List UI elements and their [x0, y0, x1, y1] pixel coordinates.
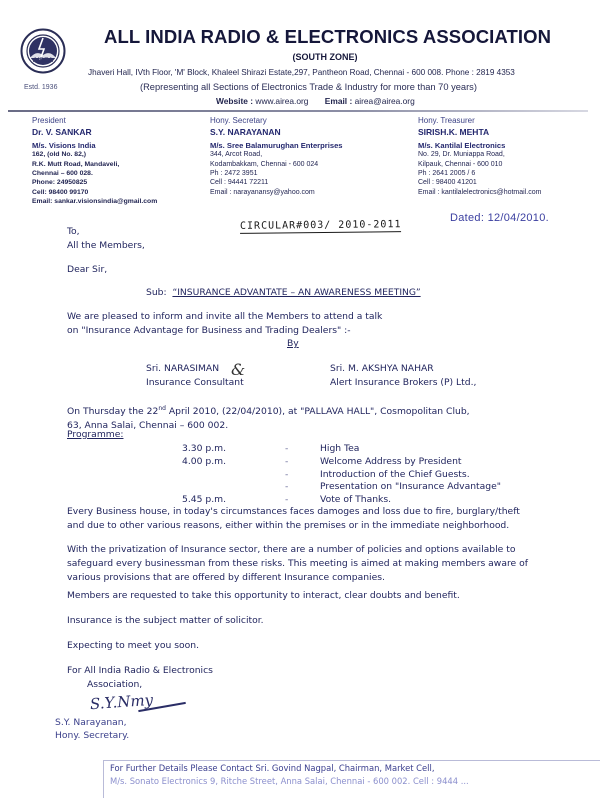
bearer-address-line: Kilpauk, Chennai - 600 010 [418, 160, 541, 169]
bearer-firm: M/s. Visions India [32, 141, 157, 150]
bearer-phone: Ph : 2641 2005 / 6 [418, 169, 541, 178]
subject-line: Sub: “INSURANCE ADVANTATE – AN AWARENESS… [146, 287, 421, 298]
recipient-to: To, [67, 225, 145, 239]
contact-line: Website : www.airea.org Email : airea@ai… [216, 96, 415, 106]
venue-line: On Thursday the 22nd April 2010, (22/04/… [67, 402, 470, 419]
speaker-title: Alert Insurance Brokers (P) Ltd., [330, 376, 476, 390]
paragraph-line: various provisions that are offered by d… [67, 571, 528, 585]
paragraph-line: safeguard every businessman from these r… [67, 557, 528, 571]
privatization-paragraph: With the privatization of Insurance sect… [67, 543, 528, 585]
programme-item: Introduction of the Chief Guests. [320, 469, 470, 480]
intro-paragraph: We are pleased to inform and invite all … [67, 310, 382, 338]
bearer-phone: Phone: 24950825 [32, 178, 157, 187]
closing-line: Expecting to meet you soon. [67, 640, 199, 651]
bearer-email[interactable]: Email: sankar.visionsindia@gmail.com [32, 197, 157, 206]
bearer-secretary: Hony. Secretary S.Y. NARAYANAN M/s. Sree… [210, 116, 343, 197]
programme-time: 3.30 p.m. [182, 443, 226, 454]
bearer-role: President [32, 116, 157, 125]
bearer-name: Dr. V. SANKAR [32, 128, 157, 137]
request-paragraph: Members are requested to take this oppor… [67, 590, 460, 601]
bearer-role: Hony. Treasurer [418, 116, 541, 125]
signatory: S.Y. Narayanan, Hony. Secretary. [55, 716, 129, 742]
programme-dash: - [285, 494, 288, 505]
bearer-address-line: Chennai – 600 028. [32, 169, 157, 178]
association-seal-icon: AIREA [20, 28, 66, 74]
venue-date-suffix: nd [158, 405, 166, 412]
bearer-cell: Cell : 94441 72211 [210, 178, 343, 187]
established-year: Estd. 1936 [24, 84, 57, 91]
organization-title: ALL INDIA RADIO & ELECTRONICS ASSOCIATIO… [104, 26, 551, 48]
speaker-name: Sri. NARASIMAN [146, 362, 244, 376]
intro-line: We are pleased to inform and invite all … [67, 310, 382, 324]
bearer-email[interactable]: Email : narayanansy@yahoo.com [210, 188, 343, 197]
by-label: By [287, 338, 299, 349]
bearer-treasurer: Hony. Treasurer SIRISH.K. MEHTA M/s. Kan… [418, 116, 541, 197]
paragraph-line: Every Business house, in today's circums… [67, 505, 520, 519]
programme-item: Presentation on "Insurance Advantage" [320, 481, 501, 492]
sign-off-line: For All India Radio & Electronics [67, 664, 213, 678]
venue-paragraph: On Thursday the 22nd April 2010, (22/04/… [67, 402, 470, 432]
recipient: To, All the Members, [67, 225, 145, 253]
signatory-title: Hony. Secretary. [55, 729, 129, 742]
subject-matter-paragraph: Insurance is the subject matter of solic… [67, 615, 264, 626]
speaker-2: Sri. M. AKSHYA NAHAR Alert Insurance Bro… [330, 362, 476, 390]
programme-dash: - [285, 481, 288, 492]
bearer-address-line: 344, Arcot Road, [210, 150, 343, 159]
speaker-name: Sri. M. AKSHYA NAHAR [330, 362, 476, 376]
venue-date: On Thursday the 22 [67, 406, 158, 417]
programme-item: High Tea [320, 443, 359, 454]
programme-time: 4.00 p.m. [182, 456, 226, 467]
zone-label: (SOUTH ZONE) [0, 52, 600, 62]
salutation: Dear Sir, [67, 264, 107, 275]
venue-address: 63, Anna Salai, Chennai – 600 002. [67, 419, 470, 433]
bearer-address-line: 162, (old No. 82,) [32, 150, 157, 159]
bearer-email[interactable]: Email : kantilalelectronics@hotmail.com [418, 188, 541, 197]
recipient-name: All the Members, [67, 239, 145, 253]
bearer-name: S.Y. NARAYANAN [210, 128, 343, 137]
circular-reference: CIRCULAR#003/ 2010-2011 [240, 219, 402, 234]
bearer-firm: M/s. Kantilal Electronics [418, 141, 541, 150]
organization-address: Jhaveri Hall, IVth Floor, 'M' Block, Kha… [88, 68, 515, 77]
programme-dash: - [285, 443, 288, 454]
programme-dash: - [285, 456, 288, 467]
bearer-phone: Ph : 2472 3951 [210, 169, 343, 178]
bearer-address-line: No. 29, Dr. Muniappa Road, [418, 150, 541, 159]
bearer-role: Hony. Secretary [210, 116, 343, 125]
speaker-1: Sri. NARASIMAN Insurance Consultant [146, 362, 244, 390]
bearer-firm: M/s. Sree Balamurughan Enterprises [210, 141, 343, 150]
venue-place: April 2010, (22/04/2010), at "PALLAVA HA… [166, 406, 470, 417]
email-label: Email : [325, 96, 352, 106]
letter-date: Dated: 12/04/2010. [450, 212, 549, 224]
paragraph-line: and due to other various reasons, either… [67, 519, 520, 533]
website-label: Website : [216, 96, 253, 106]
signatory-name: S.Y. Narayanan, [55, 716, 129, 729]
sign-off-line: Association, [67, 678, 213, 692]
subject-text: “INSURANCE ADVANTATE – AN AWARENESS MEET… [172, 287, 420, 298]
programme-dash: - [285, 469, 288, 480]
email-link[interactable]: airea@airea.org [355, 96, 415, 106]
bearer-name: SIRISH.K. MEHTA [418, 128, 541, 137]
footer-contact-line: For Further Details Please Contact Sri. … [110, 763, 435, 773]
ampersand-handwritten: & [231, 360, 245, 379]
programme-label: Programme: [67, 429, 123, 440]
bearer-cell: Cell : 98400 41201 [418, 178, 541, 187]
speaker-title: Insurance Consultant [146, 376, 244, 390]
risk-paragraph: Every Business house, in today's circums… [67, 505, 520, 533]
sign-off: For All India Radio & Electronics Associ… [67, 664, 213, 692]
subject-label: Sub: [146, 287, 167, 298]
footer-contact-line: M/s. Sonato Electronics 9, Ritche Street… [110, 776, 469, 786]
bearer-president: President Dr. V. SANKAR M/s. Visions Ind… [32, 116, 157, 207]
programme-item: Welcome Address by President [320, 456, 462, 467]
bearer-address-line: Kodambakkam, Chennai - 600 024 [210, 160, 343, 169]
paragraph-line: With the privatization of Insurance sect… [67, 543, 528, 557]
intro-line: on "Insurance Advantage for Business and… [67, 324, 382, 338]
bearer-cell: Cell: 98400 99170 [32, 188, 157, 197]
programme-item: Vote of Thanks. [320, 494, 391, 505]
bearer-address-line: R.K. Mutt Road, Mandaveli, [32, 160, 157, 169]
representing-tagline: (Representing all Sections of Electronic… [140, 82, 477, 92]
letterhead-divider [8, 110, 588, 112]
programme-time: 5.45 p.m. [182, 494, 226, 505]
website-link[interactable]: www.airea.org [255, 96, 308, 106]
